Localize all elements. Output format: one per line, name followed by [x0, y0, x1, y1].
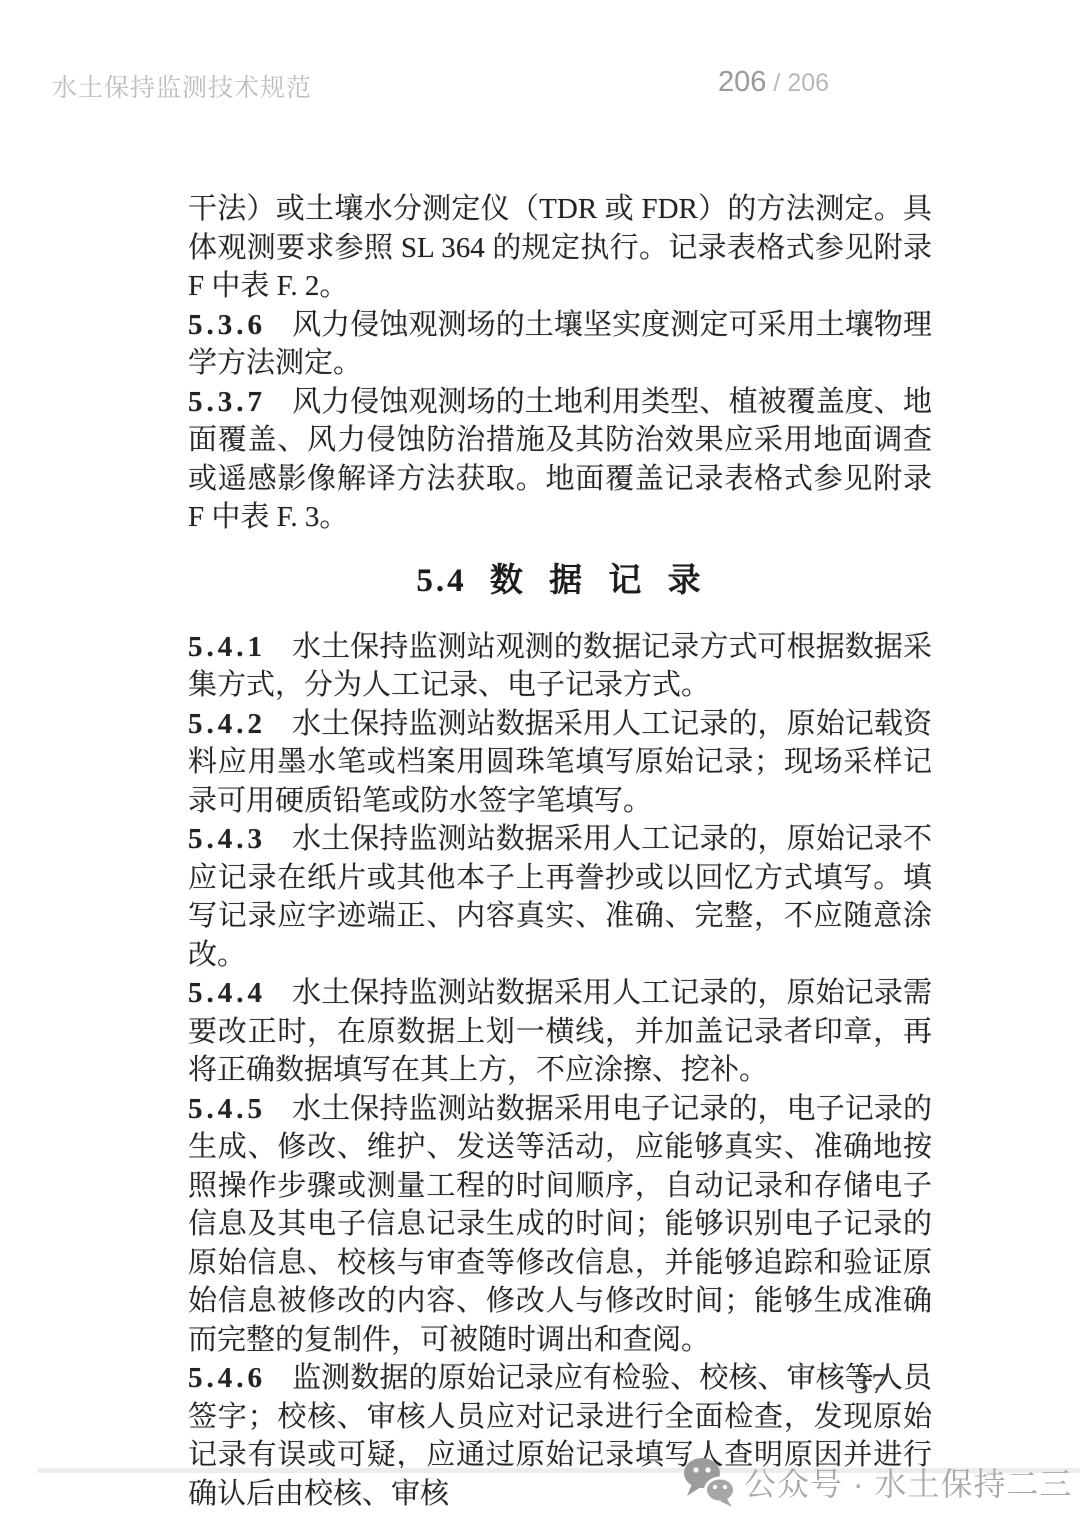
section-number: 5.4.2: [188, 708, 266, 740]
section-text: 水土保持监测站数据采用人工记录的，原始记载资料应用墨水笔或档案用圆珠笔填写原始记…: [188, 708, 932, 817]
document-body: 干法）或土壤水分测定仪（TDR 或 FDR）的方法测定。具体观测要求参照 SL …: [188, 190, 932, 1513]
section-5-4-3: 5.4.3水土保持监测站数据采用人工记录的，原始记录不应记录在纸片或其他本子上再…: [188, 820, 932, 974]
section-text: 水土保持监测站数据采用人工记录的，原始记录不应记录在纸片或其他本子上再誊抄或以回…: [188, 823, 932, 971]
section-5-3-7: 5.3.7风力侵蚀观测场的土地利用类型、植被覆盖度、地面覆盖、风力侵蚀防治措施及…: [188, 383, 932, 537]
document-title: 水土保持监测技术规范: [52, 68, 312, 104]
section-number: 5.4.6: [188, 1362, 266, 1394]
section-5-4-2: 5.4.2水土保持监测站数据采用人工记录的，原始记载资料应用墨水笔或档案用圆珠笔…: [188, 705, 932, 821]
printed-page-number: 37: [854, 1368, 889, 1401]
paragraph-continuation: 干法）或土壤水分测定仪（TDR 或 FDR）的方法测定。具体观测要求参照 SL …: [188, 190, 932, 306]
document-viewer-page: 水土保持监测技术规范 206/206 干法）或土壤水分测定仪（TDR 或 FDR…: [0, 0, 1080, 1527]
section-text: 水土保持监测站数据采用电子记录的，电子记录的生成、修改、维护、发送等活动，应能够…: [188, 1093, 932, 1356]
section-text: 风力侵蚀观测场的土地利用类型、植被覆盖度、地面覆盖、风力侵蚀防治措施及其防治效果…: [188, 386, 932, 534]
section-5-3-6: 5.3.6风力侵蚀观测场的土壤坚实度测定可采用土壤物理学方法测定。: [188, 306, 932, 383]
wechat-icon: [682, 1456, 738, 1508]
page-current: 206: [718, 66, 766, 98]
section-5-4-5: 5.4.5水土保持监测站数据采用电子记录的，电子记录的生成、修改、维护、发送等活…: [188, 1090, 932, 1360]
paragraph-text: 干法）或土壤水分测定仪（TDR 或 FDR）的方法测定。具体观测要求参照 SL …: [188, 193, 932, 302]
watermark-label: 公众号 · 水土保持二三: [744, 1462, 1072, 1506]
page-separator: /: [773, 69, 780, 97]
section-number: 5.3.6: [188, 309, 266, 341]
page-total: 206: [787, 69, 829, 97]
section-number: 5.4.3: [188, 823, 266, 855]
section-5-4-4: 5.4.4水土保持监测站数据采用人工记录的，原始记录需要改正时，在原数据上划一横…: [188, 974, 932, 1090]
section-text: 水土保持监测站观测的数据记录方式可根据数据采集方式，分为人工记录、电子记录方式。: [188, 631, 932, 702]
section-text: 风力侵蚀观测场的土壤坚实度测定可采用土壤物理学方法测定。: [188, 309, 932, 380]
section-number: 5.3.7: [188, 386, 266, 418]
section-number: 5.4.1: [188, 631, 266, 663]
section-5-4-1: 5.4.1水土保持监测站观测的数据记录方式可根据数据采集方式，分为人工记录、电子…: [188, 628, 932, 705]
page-indicator: 206/206: [718, 66, 829, 99]
section-number: 5.4.5: [188, 1093, 266, 1125]
section-number: 5.4.4: [188, 977, 266, 1009]
section-text: 水土保持监测站数据采用人工记录的，原始记录需要改正时，在原数据上划一横线，并加盖…: [188, 977, 932, 1086]
chapter-heading: 5.4 数 据 记 录: [188, 559, 932, 603]
